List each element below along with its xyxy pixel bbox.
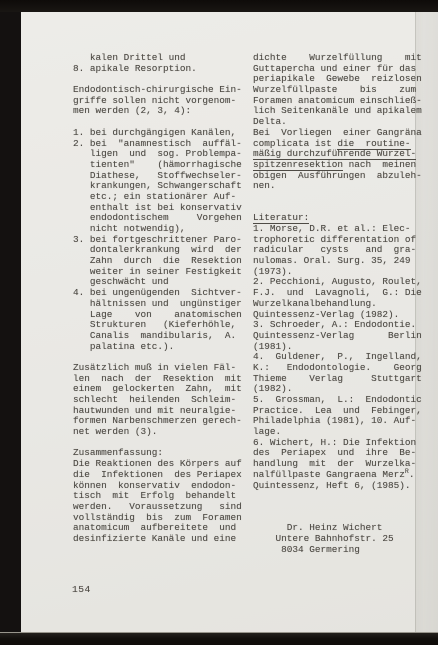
text-line bbox=[253, 491, 422, 502]
scan-border-bottom bbox=[0, 632, 438, 645]
text-line: Quintessenz, Heft 6, (1985). bbox=[253, 481, 422, 492]
text-line: obigen Ausführungen abzuleh- bbox=[253, 171, 422, 182]
text-line: men werden (2, 3, 4): bbox=[73, 106, 242, 117]
scan-border-top bbox=[0, 0, 438, 12]
text-line: net werden (3). bbox=[73, 427, 242, 438]
text-line: palatina etc.). bbox=[73, 342, 242, 353]
text-line bbox=[253, 502, 422, 513]
text-line: desinfizierte Kanäle und eine bbox=[73, 534, 242, 545]
scanned-book-page: kalen Drittel und8. apikale Resorption. … bbox=[0, 0, 438, 645]
book-spine-shadow bbox=[0, 0, 21, 645]
document-page: kalen Drittel und8. apikale Resorption. … bbox=[21, 12, 438, 632]
text-column-left: kalen Drittel und8. apikale Resorption. … bbox=[73, 53, 242, 545]
text-line: 8034 Germering bbox=[253, 545, 422, 556]
text-line: 8. apikale Resorption. bbox=[73, 64, 242, 75]
text-column-right: dichte Wurzelfüllung mitGuttapercha und … bbox=[253, 53, 422, 555]
page-number: 154 bbox=[72, 584, 91, 595]
text-line: nen. bbox=[253, 181, 422, 192]
text-line bbox=[253, 192, 422, 203]
